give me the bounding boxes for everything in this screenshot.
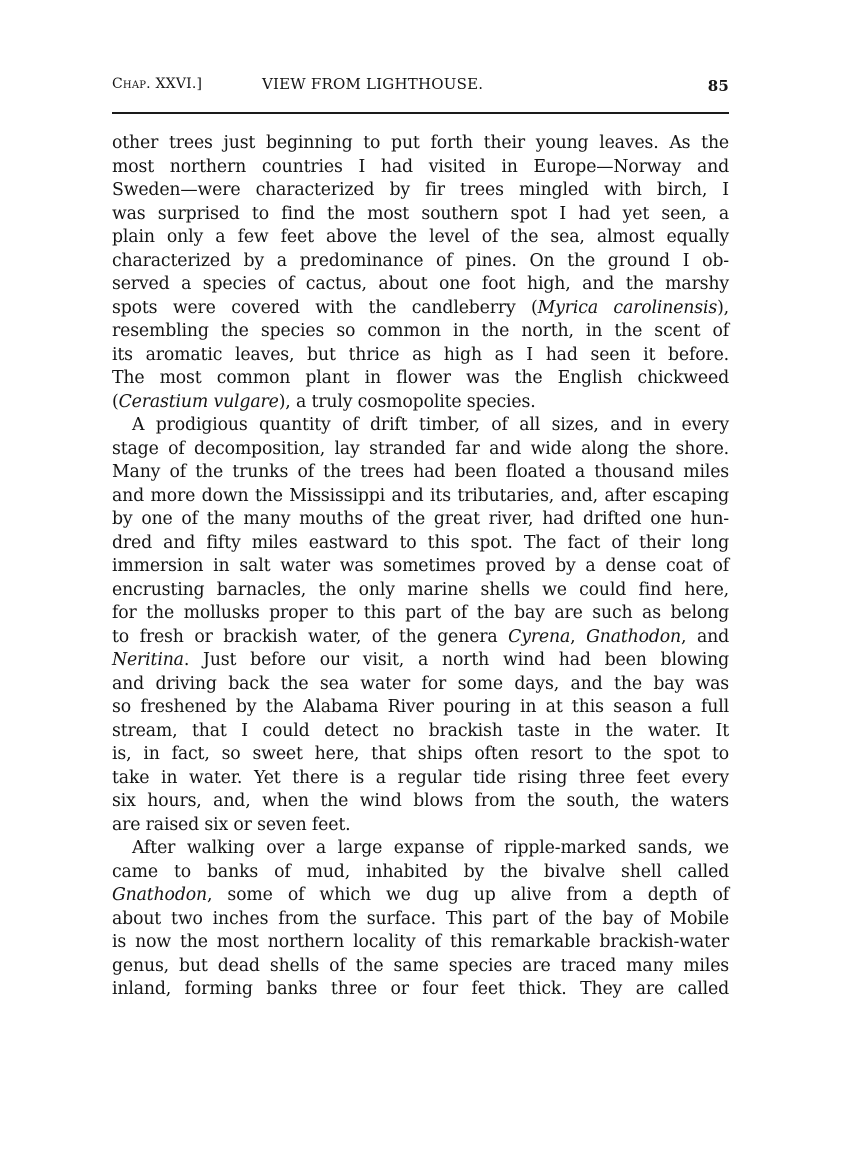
- text-line: most northern countries I had visited in…: [112, 156, 729, 180]
- text-line: After walking over a large expanse of ri…: [112, 837, 729, 861]
- text-line: was surprised to find the most southern …: [112, 203, 729, 227]
- text-line: dred and fifty miles eastward to this sp…: [112, 532, 729, 556]
- text-line: characterized by a predominance of pines…: [112, 250, 729, 274]
- italic-term: Neritina: [112, 650, 184, 670]
- text-line: stream, that I could detect no brackish …: [112, 720, 729, 744]
- text-line: immersion in salt water was sometimes pr…: [112, 555, 729, 579]
- text-line: take in water. Yet there is a regular ti…: [112, 767, 729, 791]
- chapter-label: Chap. XXVI.]: [112, 76, 202, 92]
- text-line: genus, but dead shells of the same speci…: [112, 955, 729, 979]
- header-rule: [112, 112, 729, 114]
- text-line: Gnathodon, some of which we dug up alive…: [112, 884, 729, 908]
- text-line: so freshened by the Alabama River pourin…: [112, 696, 729, 720]
- text-line: The most common plant in flower was the …: [112, 367, 729, 391]
- running-head: Chap. XXVI.] VIEW FROM LIGHTHOUSE. 85: [112, 70, 729, 96]
- book-page: Chap. XXVI.] VIEW FROM LIGHTHOUSE. 85 ot…: [112, 70, 729, 96]
- text-line: came to banks of mud, inhabited by the b…: [112, 861, 729, 885]
- text-line: is, in fact, so sweet here, that ships o…: [112, 743, 729, 767]
- text-line: about two inches from the surface. This …: [112, 908, 729, 932]
- page-number: 85: [708, 77, 729, 95]
- text-line: by one of the many mouths of the great r…: [112, 508, 729, 532]
- text-line: its aromatic leaves, but thrice as high …: [112, 344, 729, 368]
- text-line: and driving back the sea water for some …: [112, 673, 729, 697]
- text-line: is now the most northern locality of thi…: [112, 931, 729, 955]
- italic-term: Cyrena: [508, 627, 570, 647]
- italic-term: Myrica carolinensis: [538, 298, 717, 318]
- italic-term: Gnathodon: [112, 885, 207, 905]
- text-line: plain only a few feet above the level of…: [112, 226, 729, 250]
- text-line: encrusting barnacles, the only marine sh…: [112, 579, 729, 603]
- text-line: Many of the trunks of the trees had been…: [112, 461, 729, 485]
- text-line: six hours, and, when the wind blows from…: [112, 790, 729, 814]
- text-line: other trees just beginning to put forth …: [112, 132, 729, 156]
- text-line: stage of decomposition, lay stranded far…: [112, 438, 729, 462]
- text-line: spots were covered with the candleberry …: [112, 297, 729, 321]
- text-line: (Cerastium vulgare), a truly cosmopolite…: [112, 391, 729, 415]
- text-line: and more down the Mississippi and its tr…: [112, 485, 729, 509]
- text-line: Neritina. Just before our visit, a north…: [112, 649, 729, 673]
- body-text: other trees just beginning to put forth …: [112, 132, 729, 1002]
- text-line: are raised six or seven feet.: [112, 814, 729, 838]
- text-line: inland, forming banks three or four feet…: [112, 978, 729, 1002]
- text-line: Sweden—were characterized by fir trees m…: [112, 179, 729, 203]
- italic-term: Gnathodon: [586, 627, 681, 647]
- running-title: VIEW FROM LIGHTHOUSE.: [262, 75, 483, 93]
- text-line: for the mollusks proper to this part of …: [112, 602, 729, 626]
- text-line: served a species of cactus, about one fo…: [112, 273, 729, 297]
- italic-term: Cerastium vulgare: [119, 392, 279, 412]
- text-line: resembling the species so common in the …: [112, 320, 729, 344]
- text-line: to fresh or brackish water, of the gener…: [112, 626, 729, 650]
- text-line: A prodigious quantity of drift timber, o…: [112, 414, 729, 438]
